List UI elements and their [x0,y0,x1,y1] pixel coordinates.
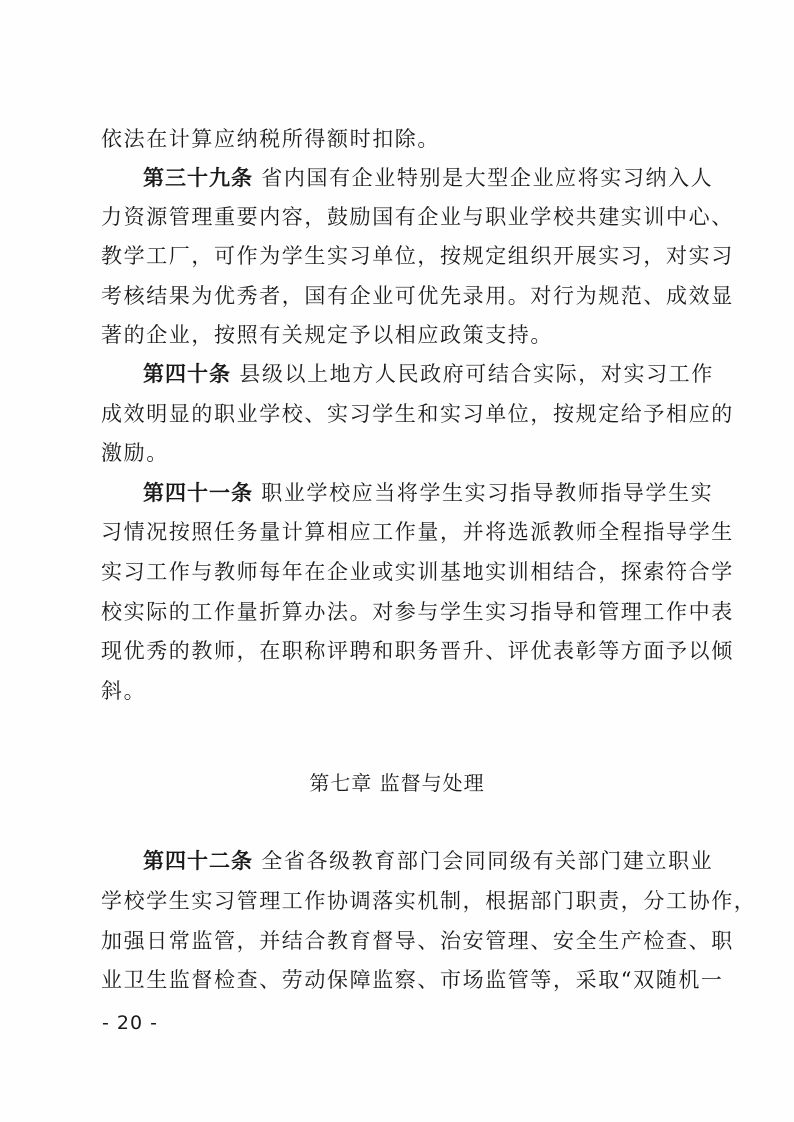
article-heading: 第四十二条 [143,849,253,873]
line-text: 学校学生实习管理工作协调落实机制，根据部门职责，分工协作， [101,889,756,913]
line-text: 力资源管理重要内容，鼓励国有企业与职业学校共建实训中心、 [101,205,734,229]
body-line: 著的企业，按照有关规定予以相应政策支持。 [101,323,683,347]
article-40-line: 第四十条 县级以上地方人民政府可结合实际，对实习工作 [143,362,683,386]
article-heading: 第四十一条 [143,481,253,505]
article-41-line: 第四十一条 职业学校应当将学生实习指导教师指导学生实 [143,481,683,505]
line-text: 加强日常监管，并结合教育督导、治安管理、安全生产检查、职 [101,929,734,953]
line-text: 依法在计算应纳税所得额时扣除。 [101,127,440,151]
article-42-line: 第四十二条 全省各级教育部门会同同级有关部门建立职业 [143,849,683,873]
line-text: 县级以上地方人民政府可结合实际，对实习工作 [231,362,714,386]
article-heading: 第三十九条 [143,166,253,190]
article-heading: 第四十条 [143,362,231,386]
body-line: 成效明显的职业学校、实习学生和实习单位，按规定给予相应的 [101,402,683,426]
line-text: 省内国有企业特别是大型企业应将实习纳入人 [253,166,713,190]
body-line: 力资源管理重要内容，鼓励国有企业与职业学校共建实训中心、 [101,205,683,229]
line-text: 现优秀的教师，在职称评聘和职务晋升、评优表彰等方面予以倾 [101,639,734,663]
line-text: 业卫生监督检查、劳动保障监察、市场监管等，采取“双随机一 [101,968,724,992]
line-text: 习情况按照任务量计算相应工作量，并将选派教师全程指导学生 [101,520,734,544]
line-text: 斜。 [101,679,146,703]
line-text: 教学工厂，可作为学生实习单位，按规定组织开展实习，对实习 [101,244,734,268]
body-line: 依法在计算应纳税所得额时扣除。 [101,127,683,151]
body-line: 习情况按照任务量计算相应工作量，并将选派教师全程指导学生 [101,520,683,544]
body-line: 学校学生实习管理工作协调落实机制，根据部门职责，分工协作， [101,889,683,913]
body-line: 加强日常监管，并结合教育督导、治安管理、安全生产检查、职 [101,929,683,953]
chapter-title: 第七章 监督与处理 [0,767,794,796]
body-line: 现优秀的教师，在职称评聘和职务晋升、评优表彰等方面予以倾 [101,639,683,663]
body-line: 校实际的工作量折算办法。对参与学生实习指导和管理工作中表 [101,600,683,624]
body-line: 激励。 [101,441,683,465]
line-text: 全省各级教育部门会同同级有关部门建立职业 [253,849,713,873]
body-line: 教学工厂，可作为学生实习单位，按规定组织开展实习，对实习 [101,244,683,268]
line-text: 校实际的工作量折算办法。对参与学生实习指导和管理工作中表 [101,600,734,624]
body-line: 考核结果为优秀者，国有企业可优先录用。对行为规范、成效显 [101,284,683,308]
body-line: 实习工作与教师每年在企业或实训基地实训相结合，探索符合学 [101,560,683,584]
body-line: 业卫生监督检查、劳动保障监察、市场监管等，采取“双随机一 [101,968,683,992]
document-page: 依法在计算应纳税所得额时扣除。 第三十九条 省内国有企业特别是大型企业应将实习纳… [0,0,794,1122]
line-text: 实习工作与教师每年在企业或实训基地实训相结合，探索符合学 [101,560,734,584]
line-text: 考核结果为优秀者，国有企业可优先录用。对行为规范、成效显 [101,284,734,308]
line-text: 激励。 [101,441,169,465]
line-text: 成效明显的职业学校、实习学生和实习单位，按规定给予相应的 [101,402,734,426]
article-39-line: 第三十九条 省内国有企业特别是大型企业应将实习纳入人 [143,166,683,190]
line-text: 职业学校应当将学生实习指导教师指导学生实 [253,481,713,505]
body-line: 斜。 [101,679,683,703]
line-text: 著的企业，按照有关规定予以相应政策支持。 [101,323,553,347]
page-number: - 20 - [102,1012,158,1034]
